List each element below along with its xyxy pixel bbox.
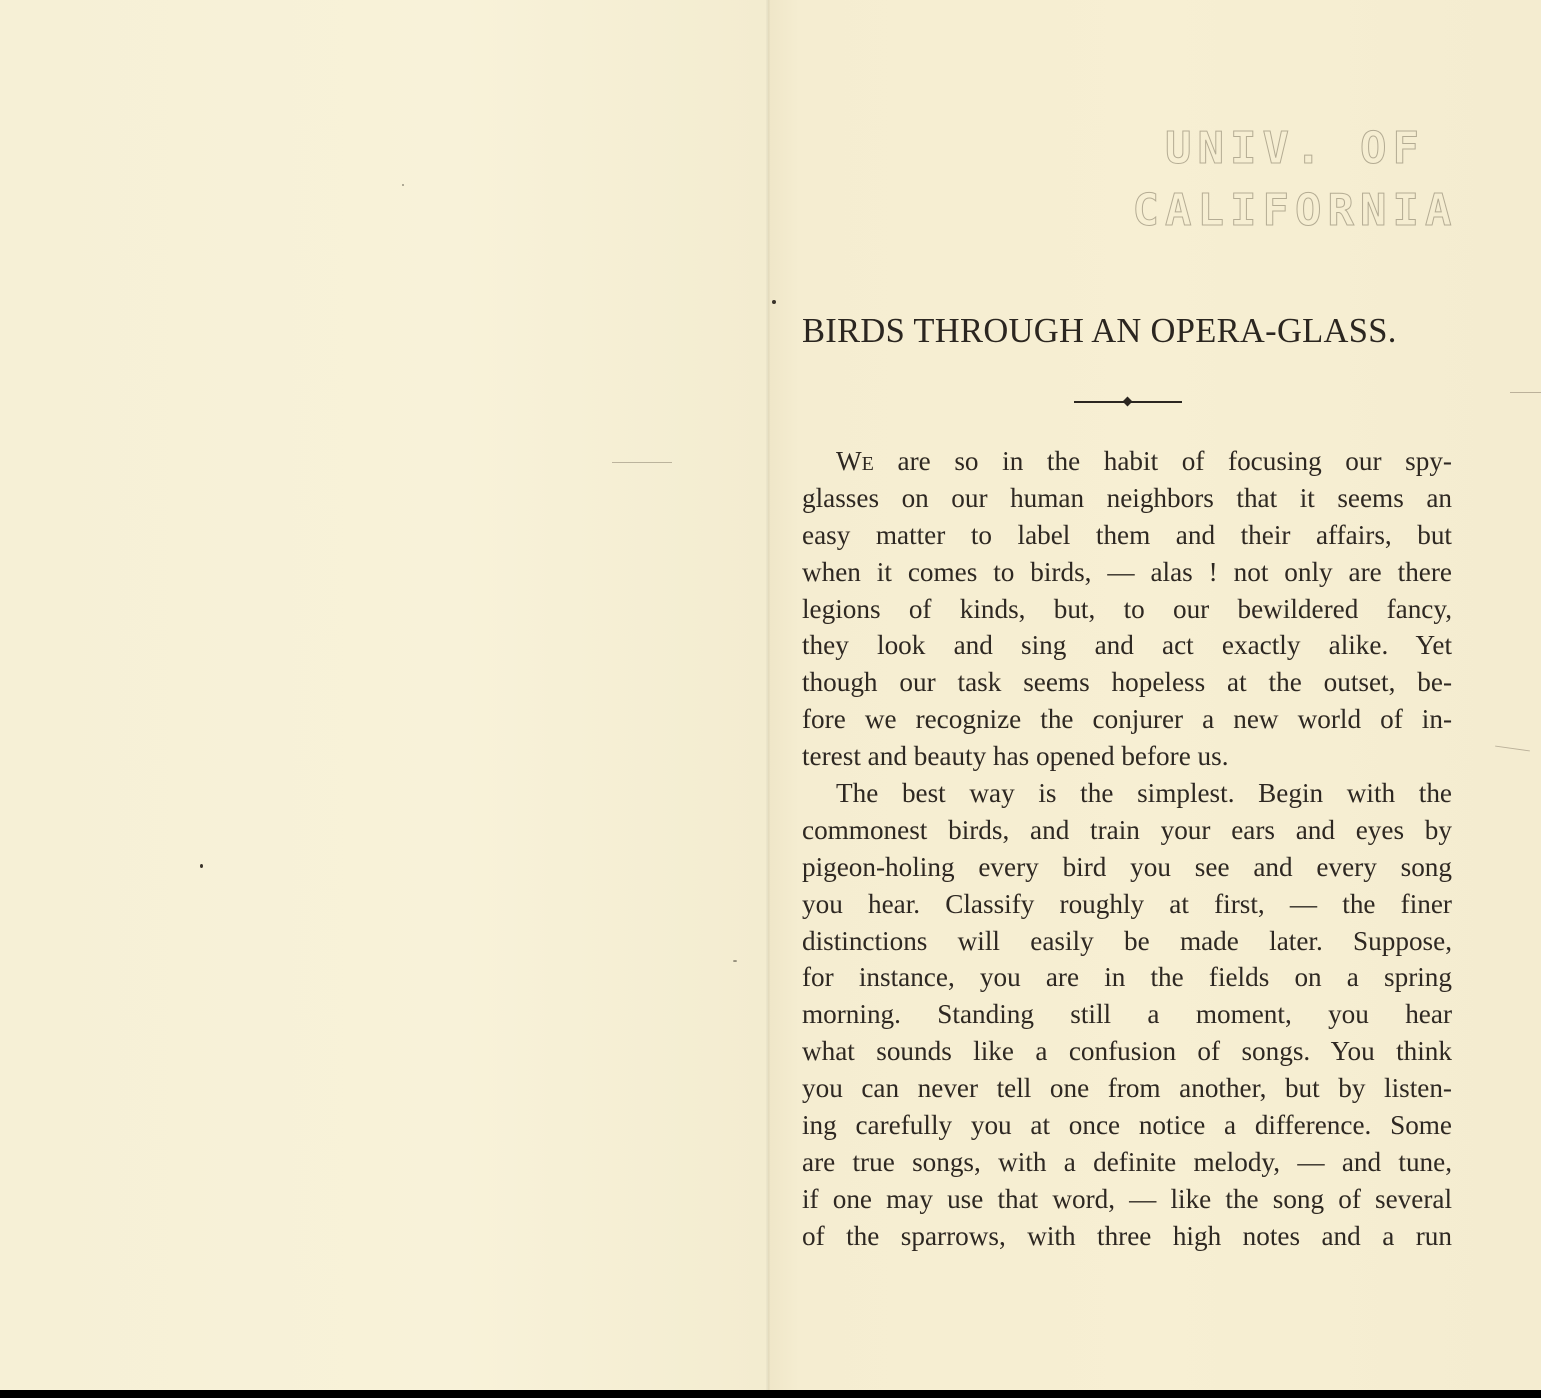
text-line: glasses on our human neighbors that it s… [802, 480, 1452, 517]
text-line: what sounds like a confusion of songs. Y… [802, 1033, 1452, 1070]
text-line: you hear. Classify roughly at first, — t… [802, 886, 1452, 923]
left-page-blank [0, 0, 768, 1390]
paragraph-1: WE are so in the habit of focusing our s… [802, 443, 1452, 775]
book-gutter [766, 0, 770, 1390]
text-line: when it comes to birds, — alas ! not onl… [802, 554, 1452, 591]
scan-bottom-border [0, 1390, 1541, 1398]
body-text: WE are so in the habit of focusing our s… [802, 443, 1452, 1255]
paper-speck [733, 960, 737, 962]
text-line: WE are so in the habit of focusing our s… [802, 443, 1452, 480]
paper-speck [402, 184, 404, 186]
text-line: ing carefully you at once notice a diffe… [802, 1107, 1452, 1144]
text-line: morning. Standing still a moment, you he… [802, 996, 1452, 1033]
text-line: legions of kinds, but, to our bewildered… [802, 591, 1452, 628]
text-line: though our task seems hopeless at the ou… [802, 664, 1452, 701]
paper-mark [612, 462, 672, 463]
chapter-title: BIRDS THROUGH AN OPERA-GLASS. [802, 312, 1454, 351]
text-span: are so in the habit of focusing our spy- [874, 446, 1452, 476]
stamp-line-1: UNIV. OF [1110, 118, 1480, 180]
dropcap-letter: W [836, 446, 862, 476]
text-line: for instance, you are in the fields on a… [802, 959, 1452, 996]
library-perforated-stamp: UNIV. OF CALIFORNIA [1110, 118, 1480, 258]
stamp-line-2: CALIFORNIA [1110, 180, 1480, 242]
paragraph-2: The best way is the simplest. Begin with… [802, 775, 1452, 1255]
text-line: are true songs, with a definite melody, … [802, 1144, 1452, 1181]
smallcap-letter: E [862, 453, 874, 475]
paper-mark [1510, 392, 1541, 393]
text-line: you can never tell one from another, but… [802, 1070, 1452, 1107]
title-ornament-rule [1074, 400, 1182, 404]
text-line: if one may use that word, — like the son… [802, 1181, 1452, 1218]
text-line: pigeon-holing every bird you see and eve… [802, 849, 1452, 886]
text-line: of the sparrows, with three high notes a… [802, 1218, 1452, 1255]
text-line: easy matter to label them and their affa… [802, 517, 1452, 554]
text-line: fore we recognize the conjurer a new wor… [802, 701, 1452, 738]
text-line: commonest birds, and train your ears and… [802, 812, 1452, 849]
paper-speck [772, 300, 776, 304]
text-line: The best way is the simplest. Begin with… [802, 775, 1452, 812]
paper-speck [200, 864, 203, 868]
text-line: terest and beauty has opened before us. [802, 738, 1452, 775]
text-line: they look and sing and act exactly alike… [802, 627, 1452, 664]
text-line: distinctions will easily be made later. … [802, 923, 1452, 960]
